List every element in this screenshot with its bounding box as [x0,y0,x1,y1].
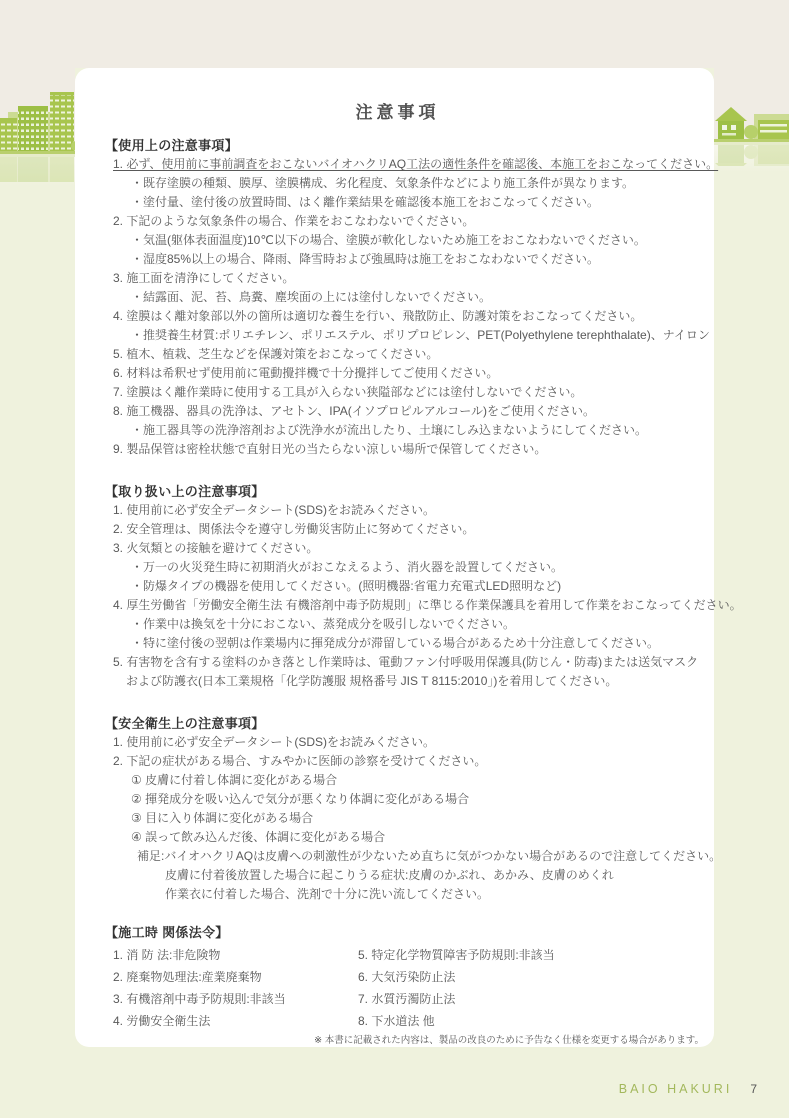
city-buildings-reflection-icon [0,154,80,182]
text-line: ・特に塗付後の翌朝は作業場内に揮発成分が滞留している場合があるため十分注意してく… [105,634,690,653]
city-buildings-icon [0,92,80,154]
houses-icon [712,104,789,142]
laws-columns: 1. 消 防 法:非危険物2. 廃棄物処理法:産業廃棄物3. 有機溶剤中毒予防規… [105,944,690,1032]
law-item: 6. 大気汚染防止法 [350,966,555,988]
section-handling-precautions: 【取り扱い上の注意事項】1. 使用前に必ず安全データシート(SDS)をお読みくだ… [105,483,690,691]
law-item: 3. 有機溶剤中毒予防規則:非該当 [105,988,350,1010]
houses-reflection-icon [712,142,789,166]
text-line: 8. 施工機器、器具の洗浄は、アセトン、IPA(イソプロピルアルコール)をご使用… [105,402,690,421]
text-line: 1. 使用前に必ず安全データシート(SDS)をお読みください。 [105,501,690,520]
city-buildings-reflection [0,154,80,182]
houses-reflection [712,142,789,166]
text-line: ・塗付量、塗付後の放置時間、はく離作業結果を確認後本施工をおこなってください。 [105,193,690,212]
text-line: ① 皮膚に付着し体調に変化がある場合 [105,771,690,790]
page-footer: BAIO HAKURI 7 [619,1082,757,1096]
text-line: 2. 下記の症状がある場合、すみやかに医師の診察を受けてください。 [105,752,690,771]
page-title: 注意事項 [105,102,690,124]
text-line: ・施工器具等の洗浄溶剤および洗浄水が流出したり、土壌にしみ込まないようにしてくだ… [105,421,690,440]
text-line: 1. 使用前に必ず安全データシート(SDS)をお読みください。 [105,733,690,752]
text-line: 4. 厚生労働省「労働安全衛生法 有機溶剤中毒予防規則」に準じる作業保護具を着用… [105,596,690,615]
text-line: 7. 塗膜はく離作業時に使用する工具が入らない狭隘部などには塗付しないでください… [105,383,690,402]
text-line: 皮膚に付着後放置した場合に起こりうる症状:皮膚のかぶれ、あかみ、皮膚のめくれ [105,866,690,885]
brand-text: BAIO HAKURI [619,1082,733,1096]
footnote: ※ 本書に記載された内容は、製品の改良のために予告なく仕様を変更する場合がありま… [105,1034,704,1047]
text-line: ・防爆タイプの機器を使用してください。(照明機器:省電力充電式LED照明など) [105,577,690,596]
text-line: 作業衣に付着した場合、洗剤で十分に洗い流してください。 [105,885,690,904]
section-heading: 【取り扱い上の注意事項】 [105,483,690,501]
laws-column-right: 5. 特定化学物質障害予防規則:非該当6. 大気汚染防止法7. 水質汚濁防止法8… [350,944,555,1032]
text-line: ・推奨養生材質:ポリエチレン、ポリエステル、ポリプロピレン、PET(Polyet… [105,326,690,345]
text-line: ・結露面、泥、苔、鳥糞、塵埃面の上には塗付しないでください。 [105,288,690,307]
text-line: ・万一の火災発生時に初期消火がおこなえるよう、消火器を設置してください。 [105,558,690,577]
text-line: 1. 必ず、使用前に事前調査をおこないバイオハクリAQ工法の適性条件を確認後、本… [105,155,690,174]
text-line: 2. 安全管理は、関係法令を遵守し労働災害防止に努めてください。 [105,520,690,539]
text-line: 5. 植木、植栽、芝生などを保護対策をおこなってください。 [105,345,690,364]
text-line: および防護衣(日本工業規格「化学防護服 規格番号 JIS T 8115:2010… [105,672,690,691]
section-heading: 【使用上の注意事項】 [105,137,690,155]
text-line: ③ 目に入り体調に変化がある場合 [105,809,690,828]
text-line: 3. 火気類との接触を避けてください。 [105,539,690,558]
city-buildings-illustration [0,92,80,154]
houses-illustration [712,104,789,142]
text-line: ・作業中は換気を十分におこない、蒸発成分を吸引しないでください。 [105,615,690,634]
text-line: 2. 下記のような気象条件の場合、作業をおこなわないでください。 [105,212,690,231]
text-line: 3. 施工面を清浄にしてください。 [105,269,690,288]
section-safety-health-precautions: 【安全衛生上の注意事項】1. 使用前に必ず安全データシート(SDS)をお読みくだ… [105,715,690,904]
content-card: 注意事項 【使用上の注意事項】1. 必ず、使用前に事前調査をおこないバイオハクリ… [75,68,714,1047]
page-number: 7 [750,1082,757,1096]
text-line: ・湿度85%以上の場合、降雨、降雪時および強風時は施工をおこなわないでください。 [105,250,690,269]
law-item: 2. 廃棄物処理法:産業廃棄物 [105,966,350,988]
text-line: 9. 製品保管は密栓状態で直射日光の当たらない涼しい場所で保管してください。 [105,440,690,459]
text-line: ② 揮発成分を吸い込んで気分が悪くなり体調に変化がある場合 [105,790,690,809]
sections-container: 【使用上の注意事項】1. 必ず、使用前に事前調査をおこないバイオハクリAQ工法の… [105,137,690,1032]
text-line: 4. 塗膜はく離対象部以外の箇所は適切な養生を行い、飛散防止、防護対策をおこなっ… [105,307,690,326]
section-heading: 【施工時 関係法令】 [105,924,690,942]
background-top-beige [0,0,789,68]
text-line: ・気温(躯体表面温度)10℃以下の場合、塗膜が軟化しないため施工をおこなわないで… [105,231,690,250]
section-usage-precautions: 【使用上の注意事項】1. 必ず、使用前に事前調査をおこないバイオハクリAQ工法の… [105,137,690,459]
text-line: 補足:バイオハクリAQは皮膚への刺激性が少ないため直ちに気がつかない場合があるの… [105,847,690,866]
law-item: 8. 下水道法 他 [350,1010,555,1032]
law-item: 1. 消 防 法:非危険物 [105,944,350,966]
law-item: 5. 特定化学物質障害予防規則:非該当 [350,944,555,966]
text-line: 6. 材料は希釈せず使用前に電動攪拌機で十分攪拌してご使用ください。 [105,364,690,383]
laws-column-left: 1. 消 防 法:非危険物2. 廃棄物処理法:産業廃棄物3. 有機溶剤中毒予防規… [105,944,350,1032]
text-line: ④ 誤って飲み込んだ後、体調に変化がある場合 [105,828,690,847]
law-item: 4. 労働安全衛生法 [105,1010,350,1032]
text-line: 5. 有害物を含有する塗料のかき落とし作業時は、電動ファン付呼吸用保護具(防じん… [105,653,690,672]
text-line: ・既存塗膜の種類、膜厚、塗膜構成、劣化程度、気象条件などにより施工条件が異なりま… [105,174,690,193]
section-heading: 【安全衛生上の注意事項】 [105,715,690,733]
law-item: 7. 水質汚濁防止法 [350,988,555,1010]
section-construction-laws: 【施工時 関係法令】1. 消 防 法:非危険物2. 廃棄物処理法:産業廃棄物3.… [105,924,690,1032]
